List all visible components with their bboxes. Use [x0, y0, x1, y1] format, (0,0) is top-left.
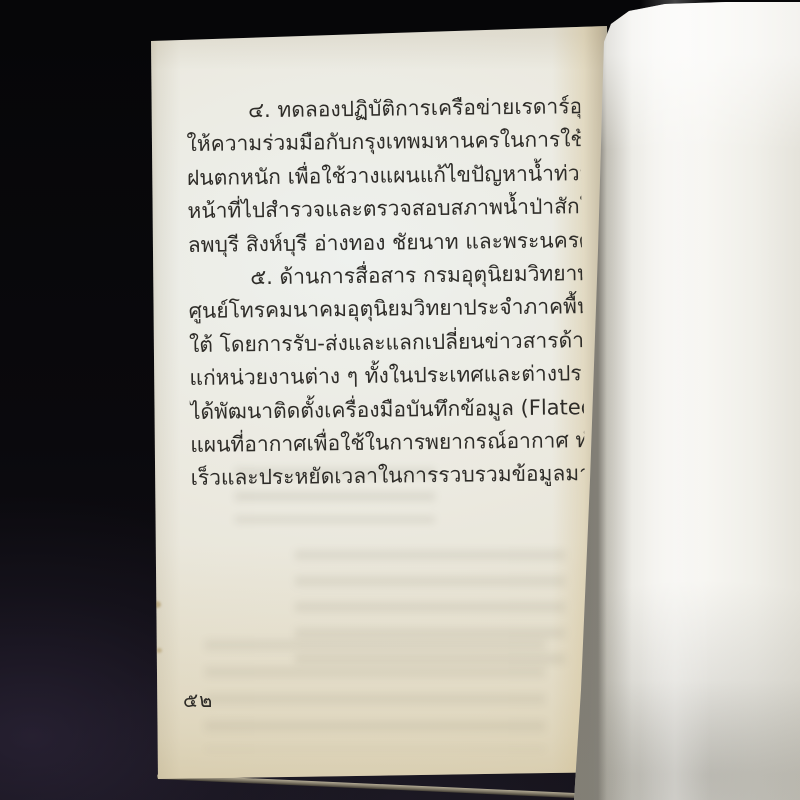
text-line: ใต้ โดยการรับ-ส่งและแลกเปลี่ยนข่าวสารด้า…: [189, 324, 583, 362]
text-line: ๕. ด้านการสื่อสาร กรมอุตุนิยมวิทยาทำหน้า…: [188, 257, 582, 295]
text-line: ฝนตกหนัก เพื่อใช้วางแผนแก้ไขปัญหาน้ำท่วม…: [187, 157, 581, 195]
foxing-spot: [156, 648, 162, 653]
text-line: ได้พัฒนาติดตั้งเครื่องมือบันทึกข้อมูล (F…: [190, 391, 584, 429]
text-line: ให้ความร่วมมือกับกรุงเทพมหานครในการใช้เร…: [186, 124, 580, 162]
text-line: ลพบุรี สิงห์บุรี อ่างทอง ชัยนาท และพระนค…: [188, 224, 582, 262]
page-text: ๔. ทดลองปฏิบัติการเครือข่ายเรดาร์อุตุนิย…: [186, 90, 585, 499]
show-through-stain: [295, 550, 565, 680]
page-number: ๕๒: [183, 684, 213, 716]
text-line: ศูนย์โทรคมนาคมอุตุนิยมวิทยาประจำภาคพื้นเ…: [188, 291, 582, 329]
text-line: แก่หน่วยงานต่าง ๆ ทั้งในประเทศและต่างประ…: [189, 357, 583, 395]
text-line: เร็วและประหยัดเวลาในการรวบรวมข้อมูลมากยิ…: [190, 457, 584, 495]
text-line: หน้าที่ไปสำรวจและตรวจสอบสภาพน้ำป่าสักในเ…: [187, 190, 581, 228]
show-through-stain: [205, 640, 545, 750]
text-line: แผนที่อากาศเพื่อใช้ในการพยากรณ์อากาศ ทำใ…: [190, 424, 584, 462]
text-line: ๔. ทดลองปฏิบัติการเครือข่ายเรดาร์อุตุนิย…: [186, 90, 580, 128]
book-photo: ๔. ทดลองปฏิบัติการเครือข่ายเรดาร์อุตุนิย…: [0, 0, 800, 800]
